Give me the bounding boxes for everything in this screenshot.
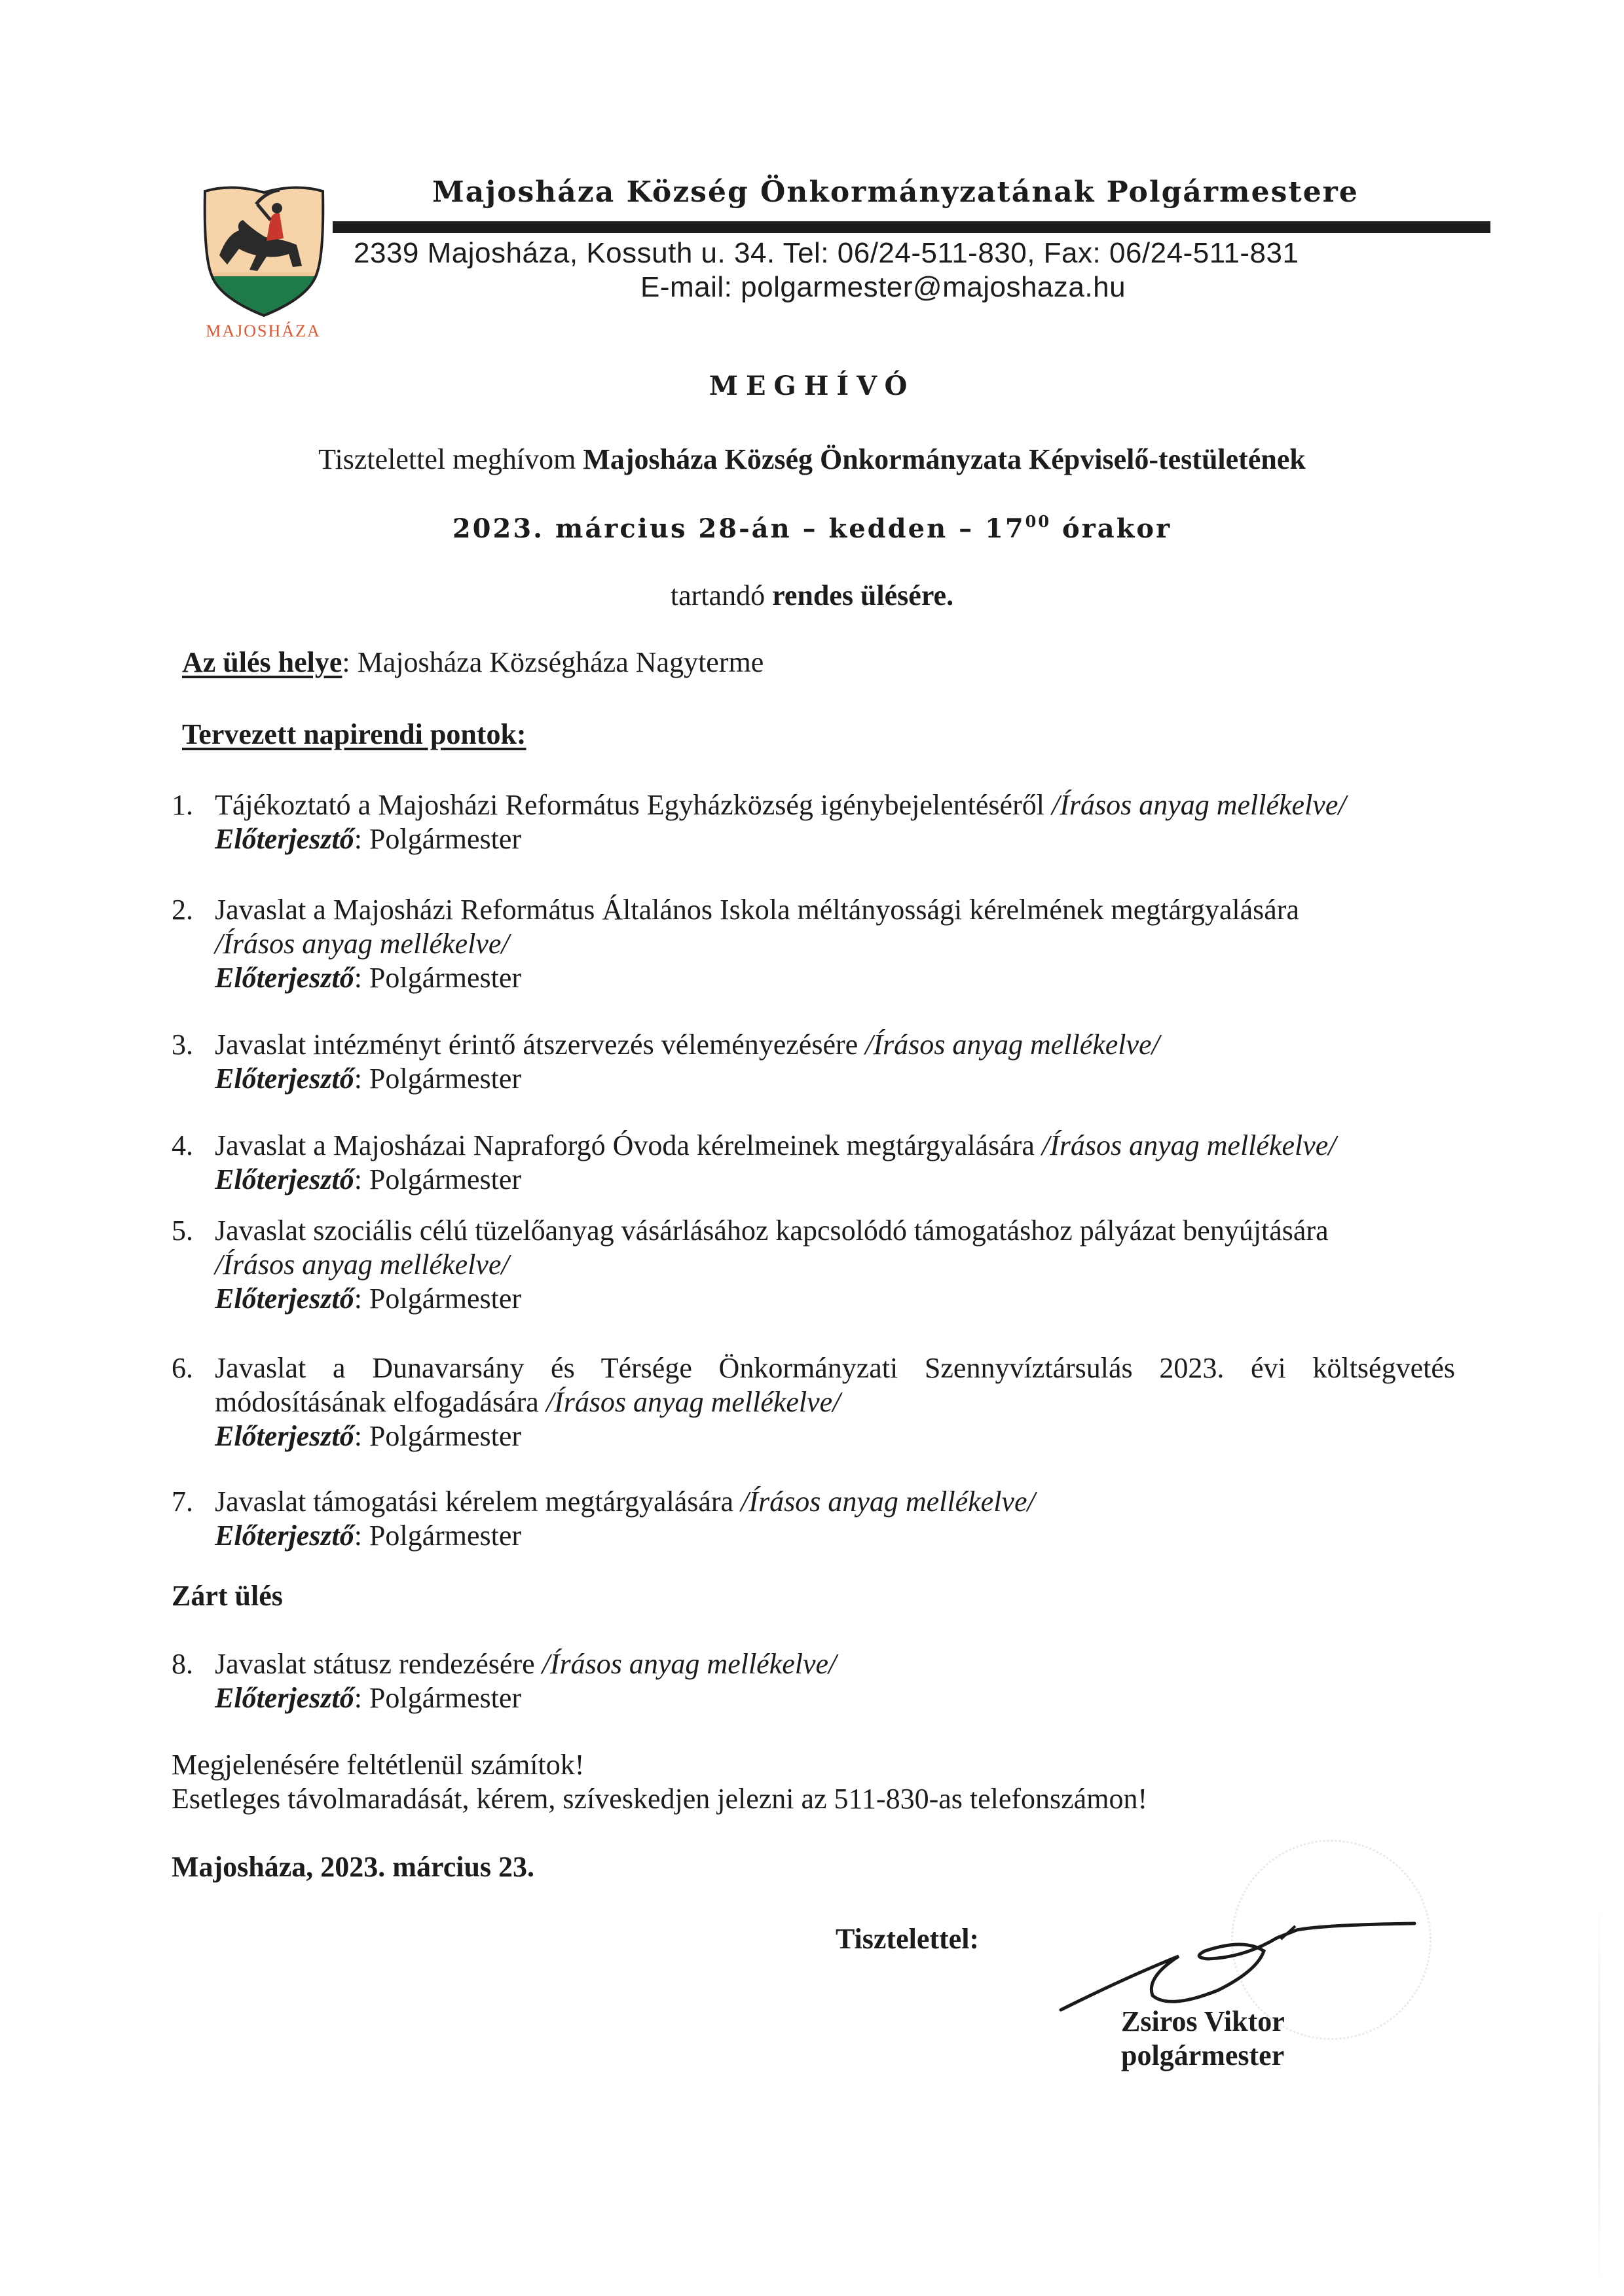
venue: Az ülés helye: Majosháza Községháza Nagy… <box>182 646 764 679</box>
attachment-note: /Írásos anyag mellékelve/ <box>546 1386 841 1418</box>
presenter-value: Polgármester <box>369 823 521 855</box>
agenda-item-number: 3. <box>172 1028 211 1062</box>
agenda-item-text: Javaslat a Majosházai Napraforgó Óvoda k… <box>215 1129 1035 1161</box>
closed-session-heading: Zárt ülés <box>172 1579 283 1613</box>
venue-label: Az ülés helye <box>182 646 342 678</box>
attachment-note: /Írásos anyag mellékelve/ <box>1052 789 1346 821</box>
presenter-label: Előterjesztő <box>215 823 354 855</box>
agenda-item-number: 2. <box>172 893 211 927</box>
meeting-date-main: 2023. március 28-án – kedden – 17 <box>452 513 1025 544</box>
agenda-item-number: 1. <box>172 788 211 822</box>
agenda-item-text: Javaslat státusz rendezésére <box>215 1648 535 1680</box>
invite-line: Tisztelettel meghívom Majosháza Község Ö… <box>0 443 1624 476</box>
presenter-value: Polgármester <box>369 1163 521 1195</box>
closing-line-2: Esetleges távolmaradását, kérem, szívesk… <box>172 1782 1147 1815</box>
agenda-item: 7.Javaslat támogatási kérelem megtárgyal… <box>172 1485 1455 1553</box>
agenda-item: 3.Javaslat intézményt érintő átszervezés… <box>172 1028 1455 1096</box>
agenda-item-number: 4. <box>172 1129 211 1163</box>
address-line: 2339 Majosháza, Kossuth u. 34. Tel: 06/2… <box>354 237 1299 270</box>
svg-text:MAJOSHÁZA: MAJOSHÁZA <box>206 321 320 340</box>
presenter-label: Előterjesztő <box>215 1163 354 1195</box>
coat-of-arms-icon: MAJOSHÁZA <box>193 177 334 340</box>
place-and-date: Majosháza, 2023. március 23. <box>172 1850 534 1884</box>
agenda-item-text: Javaslat szociális célú tüzelőanyag vásá… <box>215 1214 1329 1247</box>
agenda-heading: Tervezett napirendi pontok: <box>182 718 526 751</box>
meeting-type-plain: tartandó <box>671 579 765 611</box>
attachment-note: /Írásos anyag mellékelve/ <box>865 1029 1160 1061</box>
signer-title: polgármester <box>1121 2039 1284 2072</box>
agenda-item-text: Javaslat intézményt érintő átszervezés v… <box>215 1029 858 1061</box>
org-title: Majosháza Község Önkormányzatának Polgár… <box>432 175 1359 209</box>
agenda-item-text: Javaslat támogatási kérelem megtárgyalás… <box>215 1485 733 1518</box>
agenda-item: 6.Javaslat a Dunavarsány és Térsége Önko… <box>172 1351 1455 1453</box>
invite-body: Majosháza Község Önkormányzata Képviselő… <box>583 443 1306 475</box>
header-rule <box>333 221 1490 233</box>
presenter-value: Polgármester <box>369 1520 521 1552</box>
regards: Tisztelettel: <box>836 1922 979 1956</box>
meeting-type-bold: rendes ülésére. <box>772 579 953 611</box>
agenda-item-text: Tájékoztató a Majosházi Református Egyhá… <box>215 789 1044 821</box>
agenda-item-number: 7. <box>172 1485 211 1519</box>
presenter-label: Előterjesztő <box>215 1420 354 1452</box>
presenter-value: Polgármester <box>369 1420 521 1452</box>
agenda-item: 5.Javaslat szociális célú tüzelőanyag vá… <box>172 1214 1455 1316</box>
presenter-label: Előterjesztő <box>215 1063 354 1095</box>
presenter-value: Polgármester <box>369 1682 521 1714</box>
attachment-note: /Írásos anyag mellékelve/ <box>741 1485 1035 1518</box>
agenda-item: 8.Javaslat státusz rendezésére /Írásos a… <box>172 1647 1455 1715</box>
meeting-date-tail: órakor <box>1062 513 1172 544</box>
signer-name: Zsiros Viktor <box>1121 2005 1285 2038</box>
presenter-value: Polgármester <box>369 962 521 994</box>
attachment-note: /Írásos anyag mellékelve/ <box>1042 1129 1337 1161</box>
attachment-note: /Írásos anyag mellékelve/ <box>215 928 509 960</box>
meeting-type: tartandó rendes ülésére. <box>0 579 1624 612</box>
email-link[interactable]: polgarmester@majoshaza.hu <box>741 271 1126 303</box>
invite-intro: Tisztelettel meghívom <box>318 443 576 475</box>
agenda-item: 2.Javaslat a Majosházi Református Általá… <box>172 893 1455 995</box>
attachment-note: /Írásos anyag mellékelve/ <box>542 1648 837 1680</box>
agenda-item-text: Javaslat a Majosházi Református Általáno… <box>215 894 1299 926</box>
agenda-item-number: 8. <box>172 1647 211 1681</box>
presenter-value: Polgármester <box>369 1283 521 1315</box>
meeting-date-minutes: 00 <box>1025 512 1051 531</box>
document-title: MEGHÍVÓ <box>0 371 1624 401</box>
closing-line-1: Megjelenésére feltétlenül számítok! <box>172 1748 584 1781</box>
presenter-label: Előterjesztő <box>215 1520 354 1552</box>
agenda-item: 1.Tájékoztató a Majosházi Református Egy… <box>172 788 1455 856</box>
presenter-label: Előterjesztő <box>215 962 354 994</box>
email-line: E-mail: polgarmester@majoshaza.hu <box>640 271 1126 304</box>
presenter-label: Előterjesztő <box>215 1283 354 1315</box>
agenda-item: 4.Javaslat a Majosházai Napraforgó Óvoda… <box>172 1129 1455 1197</box>
presenter-value: Polgármester <box>369 1063 521 1095</box>
attachment-note: /Írásos anyag mellékelve/ <box>215 1248 509 1281</box>
venue-value: Majosháza Községháza Nagyterme <box>358 646 764 678</box>
presenter-label: Előterjesztő <box>215 1682 354 1714</box>
agenda-item-number: 6. <box>172 1351 211 1385</box>
meeting-date: 2023. március 28-án – kedden – 1700 órak… <box>0 512 1624 544</box>
agenda-item-number: 5. <box>172 1214 211 1248</box>
email-label: E-mail: <box>640 271 732 303</box>
scan-edge <box>1598 1899 1600 2291</box>
